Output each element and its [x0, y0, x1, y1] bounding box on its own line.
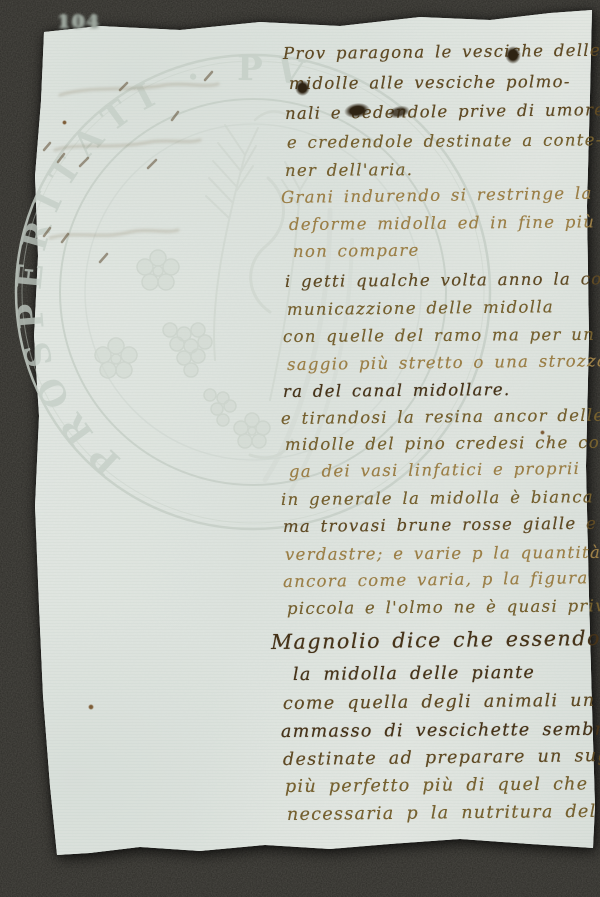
manuscript-line: Grani indurendo si restringe la	[281, 184, 593, 207]
manuscript-line: non compare	[293, 241, 420, 261]
foxing-spot	[547, 440, 551, 444]
manuscript-line: i getti qualche volta anno la com-	[285, 269, 600, 291]
manuscript-line: ner dell'aria.	[285, 160, 413, 180]
manuscript-line: midolle alle vesciche polmo-	[289, 72, 571, 93]
manuscript-line: verdastre; e varie p la quantità	[285, 543, 600, 564]
manuscript-line: la midolla delle piante	[293, 663, 535, 685]
manuscript-line: midolle del pino credesi che conten-	[285, 432, 600, 454]
manuscript-line: ma trovasi brune rosse gialle e	[283, 514, 597, 536]
photographed-manuscript: PROSPERITATI · PV	[0, 0, 600, 897]
manuscript-line: ga dei vasi linfatici e proprii	[289, 459, 580, 481]
manuscript-line: deforme midolla ed in fine più	[289, 212, 595, 234]
manuscript-line: Magnolio dice che essendo ,	[271, 626, 600, 654]
manuscript-line: piccola e l'olmo ne è quasi privo	[287, 596, 600, 618]
manuscript-line: municazzione delle midolla	[287, 297, 554, 319]
manuscript-line: ancora come varia, p la figura	[283, 568, 589, 591]
manuscript-line: ammasso di vescichette sembr	[281, 720, 600, 742]
manuscript-line: destinate ad preparare un sugo	[283, 746, 600, 770]
handwritten-text: Prov paragona le vesciche delle midolle …	[0, 0, 600, 897]
manuscript-line: necessaria p la nutritura del	[287, 802, 597, 825]
manuscript-line: e credendole destinate a conte-	[287, 130, 600, 152]
foxing-spot	[62, 120, 67, 125]
manuscript-line: Prov paragona le vesciche delle	[283, 41, 600, 63]
manuscript-line: saggio più stretto o una strozzatu-	[287, 351, 600, 374]
foxing-spot	[540, 430, 545, 435]
manuscript-line: in generale la midolla è bianca	[281, 487, 594, 509]
manuscript-line: nali e cedendole prive di umore	[285, 100, 600, 123]
manuscript-line: più perfetto più di quel che la	[285, 774, 600, 797]
manuscript-line: e tirandosi la resina ancor delle	[281, 406, 600, 428]
manuscript-line: ra del canal midollare.	[283, 380, 511, 401]
foxing-spot	[88, 704, 94, 710]
manuscript-line: come quella degli animali un	[283, 691, 596, 714]
manuscript-line: con quelle del ramo ma per un pas-	[283, 324, 600, 346]
